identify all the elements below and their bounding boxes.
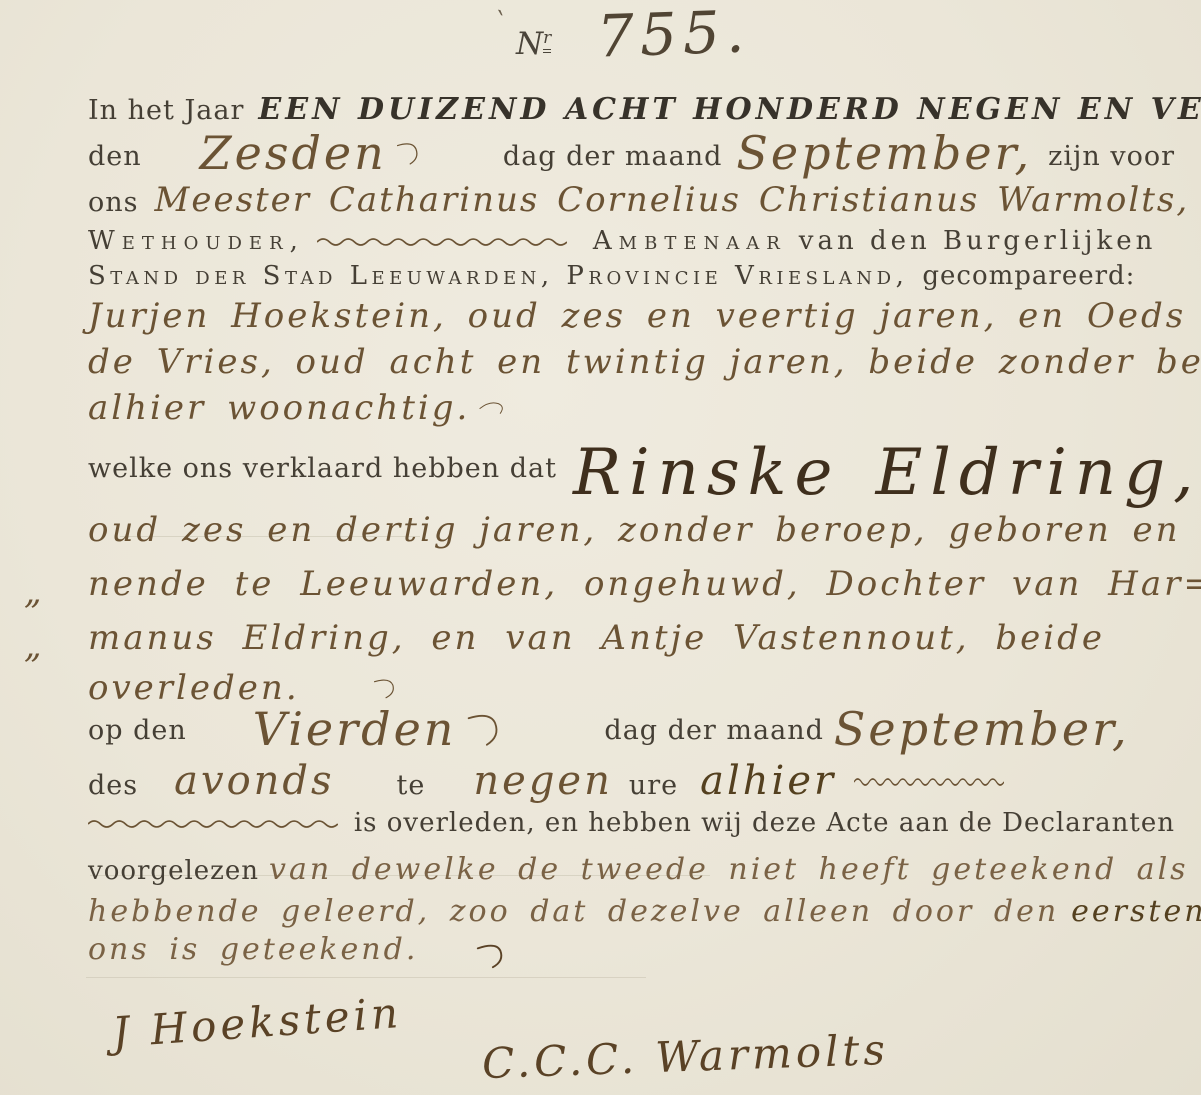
pen-flourish-icon [474,932,518,976]
printed-text: voorgelezen [88,856,259,886]
line-declarant-2: de Vries, oud acht en twintig jaren, bei… [88,342,1175,382]
printed-text: den [88,141,142,180]
line-read-aloud: is overleden, en hebben wij deze Acte aa… [88,808,1175,838]
handwritten-text: Jurjen Hoekstein, oud zes en veertig jar… [88,296,1186,336]
pen-tick-mark: ` [490,7,509,39]
line-office: Wethouder, Ambtenaar van den Burgerlijke… [88,226,1175,256]
printed-text: gecompareerd: [922,261,1135,291]
act-number-label: Nr [516,26,551,62]
printed-text: dag der maand [604,715,823,756]
pencil-guide-line [86,977,646,978]
pen-flourish-icon [462,707,520,751]
line-signature-clause-3: ons is geteekend. [88,932,1175,976]
handwritten-text: de Vries, oud acht en twintig jaren, bei… [88,342,1201,382]
printed-text: Stand der Stad Leeuwarden, Provincie Vri… [88,261,908,291]
printed-text: Wethouder, [88,226,305,256]
line-signature-clause-2: hebbende geleerd, zoo dat dezelve alleen… [88,894,1175,929]
line-signature-clause-1: voorgelezen van dewelke de tweede niet h… [88,852,1175,887]
handwritten-registrar-name: Meester Catharinus Cornelius Christianus… [155,180,1190,220]
handwritten-time-of-day: avonds [174,758,334,804]
handwritten-place: alhier [700,758,836,804]
handwritten-death-month: September, [834,702,1130,756]
handwritten-text: oud zes en dertig jaren, zonder beroep, … [88,510,1201,550]
printed-text: is overleden, en hebben wij deze Acte aa… [354,808,1175,838]
line-date: den Zesden dag der maand September, zijn… [88,126,1175,180]
line-death-time: des avonds te negen ure alhier [88,758,1175,804]
printed-text: ons [88,187,139,218]
act-number-n: N [516,26,543,62]
line-city: Stand der Stad Leeuwarden, Provincie Vri… [88,261,1175,291]
pen-flourish-icon [393,131,433,175]
signature-declarant: J Hoekstein [111,988,404,1057]
printed-text: van den Burgerlijken [799,226,1157,256]
signature-registrar: C.C.C. Warmolts [481,1025,889,1088]
printed-text: te [397,770,426,801]
line-deceased-details-2: nende te Leeuwarden, ongehuwd, Dochter v… [88,564,1175,604]
printed-text: zijn voor [1048,141,1175,180]
handwritten-text: manus Eldring, en van Antje Vastennout, … [88,618,1105,658]
printed-text: des [88,770,138,801]
line-deceased-details-3: manus Eldring, en van Antje Vastennout, … [88,618,1175,658]
line-deceased-name: welke ons verklaard hebben dat Rinske El… [88,408,1175,510]
handwritten-text: ons is geteekend. [88,932,418,967]
handwritten-deceased-name: Rinske Eldring, [573,436,1201,510]
printed-text: dag der maand [503,141,722,180]
handwritten-text: nende te Leeuwarden, ongehuwd, Dochter v… [88,564,1201,604]
printed-text: op den [88,715,187,756]
handwritten-text-emphasis: eersten met [1071,894,1201,929]
printed-text: ure [629,770,678,801]
handwritten-day: Zesden [200,126,387,180]
margin-continuation-quote: „ [24,626,42,666]
handwritten-death-day: Vierden [253,702,457,756]
filler-squiggle-icon [317,234,567,248]
line-deceased-details-1: oud zes en dertig jaren, zonder beroep, … [88,510,1175,550]
handwritten-text: van dewelke de tweede niet heeft geteeke… [269,852,1201,887]
line-declarant-1: Jurjen Hoekstein, oud zes en veertig jar… [88,296,1175,336]
act-number-value: 755. [596,0,751,71]
death-certificate-scan: ` Nr 755. In het Jaar EEN DUIZEND ACHT H… [0,0,1201,1095]
handwritten-hour: negen [473,758,612,804]
margin-continuation-quote: „ [24,572,42,612]
handwritten-month: September, [736,126,1032,180]
filler-squiggle-icon [88,816,338,830]
line-year: In het Jaar EEN DUIZEND ACHT HONDERD NEG… [88,92,1175,127]
printed-text: Ambtenaar [593,226,787,256]
act-number-superscript: r [543,28,551,53]
handwritten-text: hebbende geleerd, zoo dat dezelve alleen… [88,894,1059,929]
printed-year-text: EEN DUIZEND ACHT HONDERD NEGEN EN VEERTI… [258,92,1201,127]
line-death-date: op den Vierden dag der maand September, [88,702,1175,756]
line-registrar: ons Meester Catharinus Cornelius Christi… [88,180,1175,220]
filler-squiggle-icon [854,774,1004,788]
printed-text: welke ons verklaard hebben dat [88,453,557,510]
printed-text: In het Jaar [88,95,244,126]
